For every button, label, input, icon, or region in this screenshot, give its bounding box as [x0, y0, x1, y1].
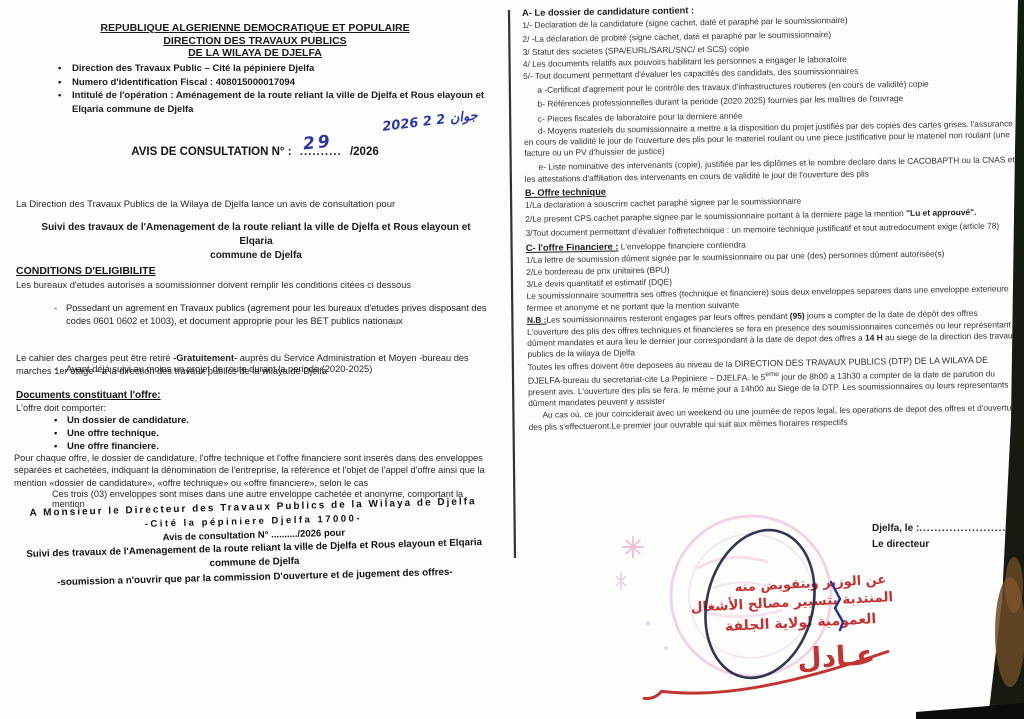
page-fold-line [509, 10, 515, 558]
scan-artifacts [0, 0, 1024, 719]
scanned-document-page: REPUBLIQUE ALGERIENNE DEMOCRATIQUE ET PO… [0, 0, 1024, 719]
scan-edge-blotch-2 [1005, 557, 1023, 613]
scan-bottom-strip [916, 703, 1024, 719]
